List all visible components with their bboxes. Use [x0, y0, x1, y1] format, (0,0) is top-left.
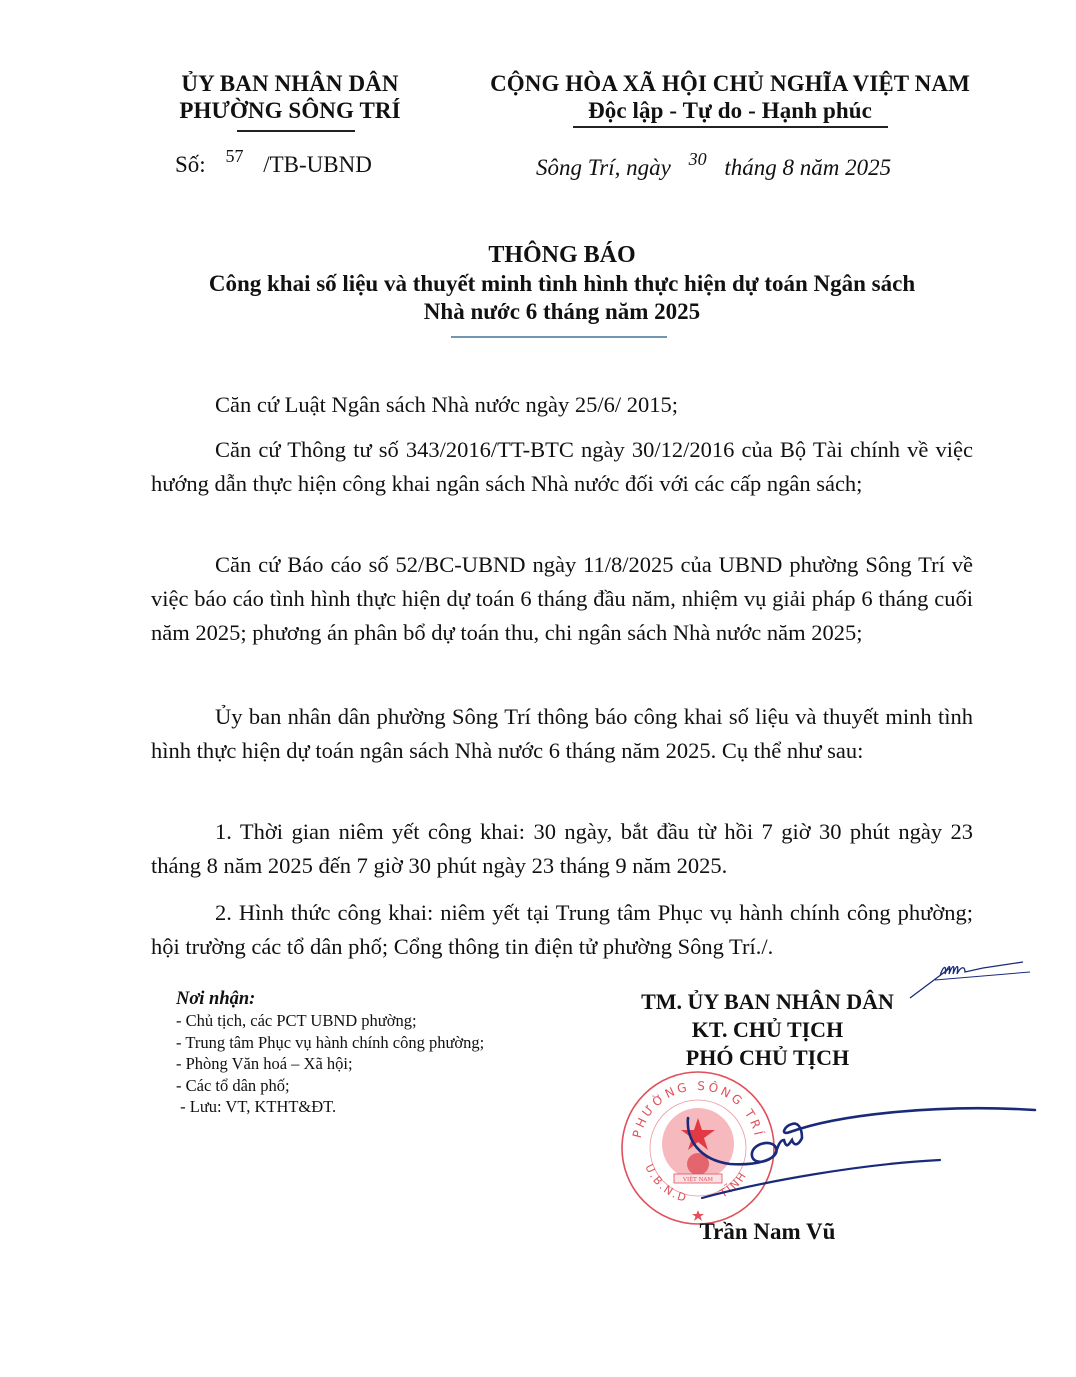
- title-underline: [451, 336, 667, 338]
- title-main: THÔNG BÁO: [100, 241, 1024, 270]
- issue-date: Sông Trí, ngày 30 tháng 8 năm 2025: [536, 155, 891, 181]
- recipient-item: - Trung tâm Phục vụ hành chính công phườ…: [176, 1032, 596, 1054]
- motto-underline: [573, 126, 888, 128]
- title-sub2: Nhà nước 6 tháng năm 2025: [100, 298, 1024, 326]
- basis-paragraph-3: Căn cứ Báo cáo số 52/BC-UBND ngày 11/8/2…: [151, 548, 973, 650]
- recipient-item: - Các tổ dân phố;: [176, 1075, 596, 1097]
- issuer-underline: [237, 130, 355, 132]
- signer-name: Trần Nam Vũ: [600, 1218, 935, 1246]
- signature-block: TM. ỦY BAN NHÂN DÂN KT. CHỦ TỊCH PHÓ CHỦ…: [600, 988, 935, 1072]
- signer-capacity: KT. CHỦ TỊCH: [600, 1016, 935, 1044]
- posting-form-item: 2. Hình thức công khai: niêm yết tại Tru…: [151, 896, 973, 964]
- recipients-label: Nơi nhận:: [176, 988, 596, 1010]
- basis-paragraph-1: Căn cứ Luật Ngân sách Nhà nước ngày 25/6…: [151, 388, 973, 422]
- announcement-paragraph: Ủy ban nhân dân phường Sông Trí thông bá…: [151, 700, 973, 768]
- national-motto-block: CỘNG HÒA XÃ HỘI CHỦ NGHĨA VIỆT NAM Độc l…: [470, 70, 990, 124]
- recipient-item: - Lưu: VT, KTHT&ĐT.: [176, 1096, 596, 1118]
- issuer-line2: PHƯỜNG SÔNG TRÍ: [160, 97, 420, 124]
- issuer-block: ỦY BAN NHÂN DÂN PHƯỜNG SÔNG TRÍ: [160, 70, 420, 124]
- title-sub1: Công khai số liệu và thuyết minh tình hì…: [100, 270, 1024, 298]
- issuer-line1: ỦY BAN NHÂN DÂN: [160, 70, 420, 97]
- document-title: THÔNG BÁO Công khai số liệu và thuyết mi…: [100, 241, 1024, 326]
- posting-time-item: 1. Thời gian niêm yết công khai: 30 ngày…: [151, 815, 973, 883]
- basis-paragraph-2: Căn cứ Thông tư số 343/2016/TT-BTC ngày …: [151, 433, 973, 501]
- issue-day: 30: [689, 149, 707, 169]
- motto: Độc lập - Tự do - Hạnh phúc: [470, 97, 990, 124]
- signer-authority: TM. ỦY BAN NHÂN DÂN: [600, 988, 935, 1016]
- document-number: Số: 57 /TB-UBND: [175, 152, 372, 178]
- recipient-item: - Chủ tịch, các PCT UBND phường;: [176, 1010, 596, 1032]
- recipient-item: - Phòng Văn hoá – Xã hội;: [176, 1053, 596, 1075]
- handwritten-signature: [680, 1100, 1040, 1210]
- document-number-value: 57: [225, 146, 243, 166]
- country-name: CỘNG HÒA XÃ HỘI CHỦ NGHĨA VIỆT NAM: [470, 70, 990, 97]
- recipients-block: Nơi nhận: - Chủ tịch, các PCT UBND phườn…: [176, 988, 596, 1118]
